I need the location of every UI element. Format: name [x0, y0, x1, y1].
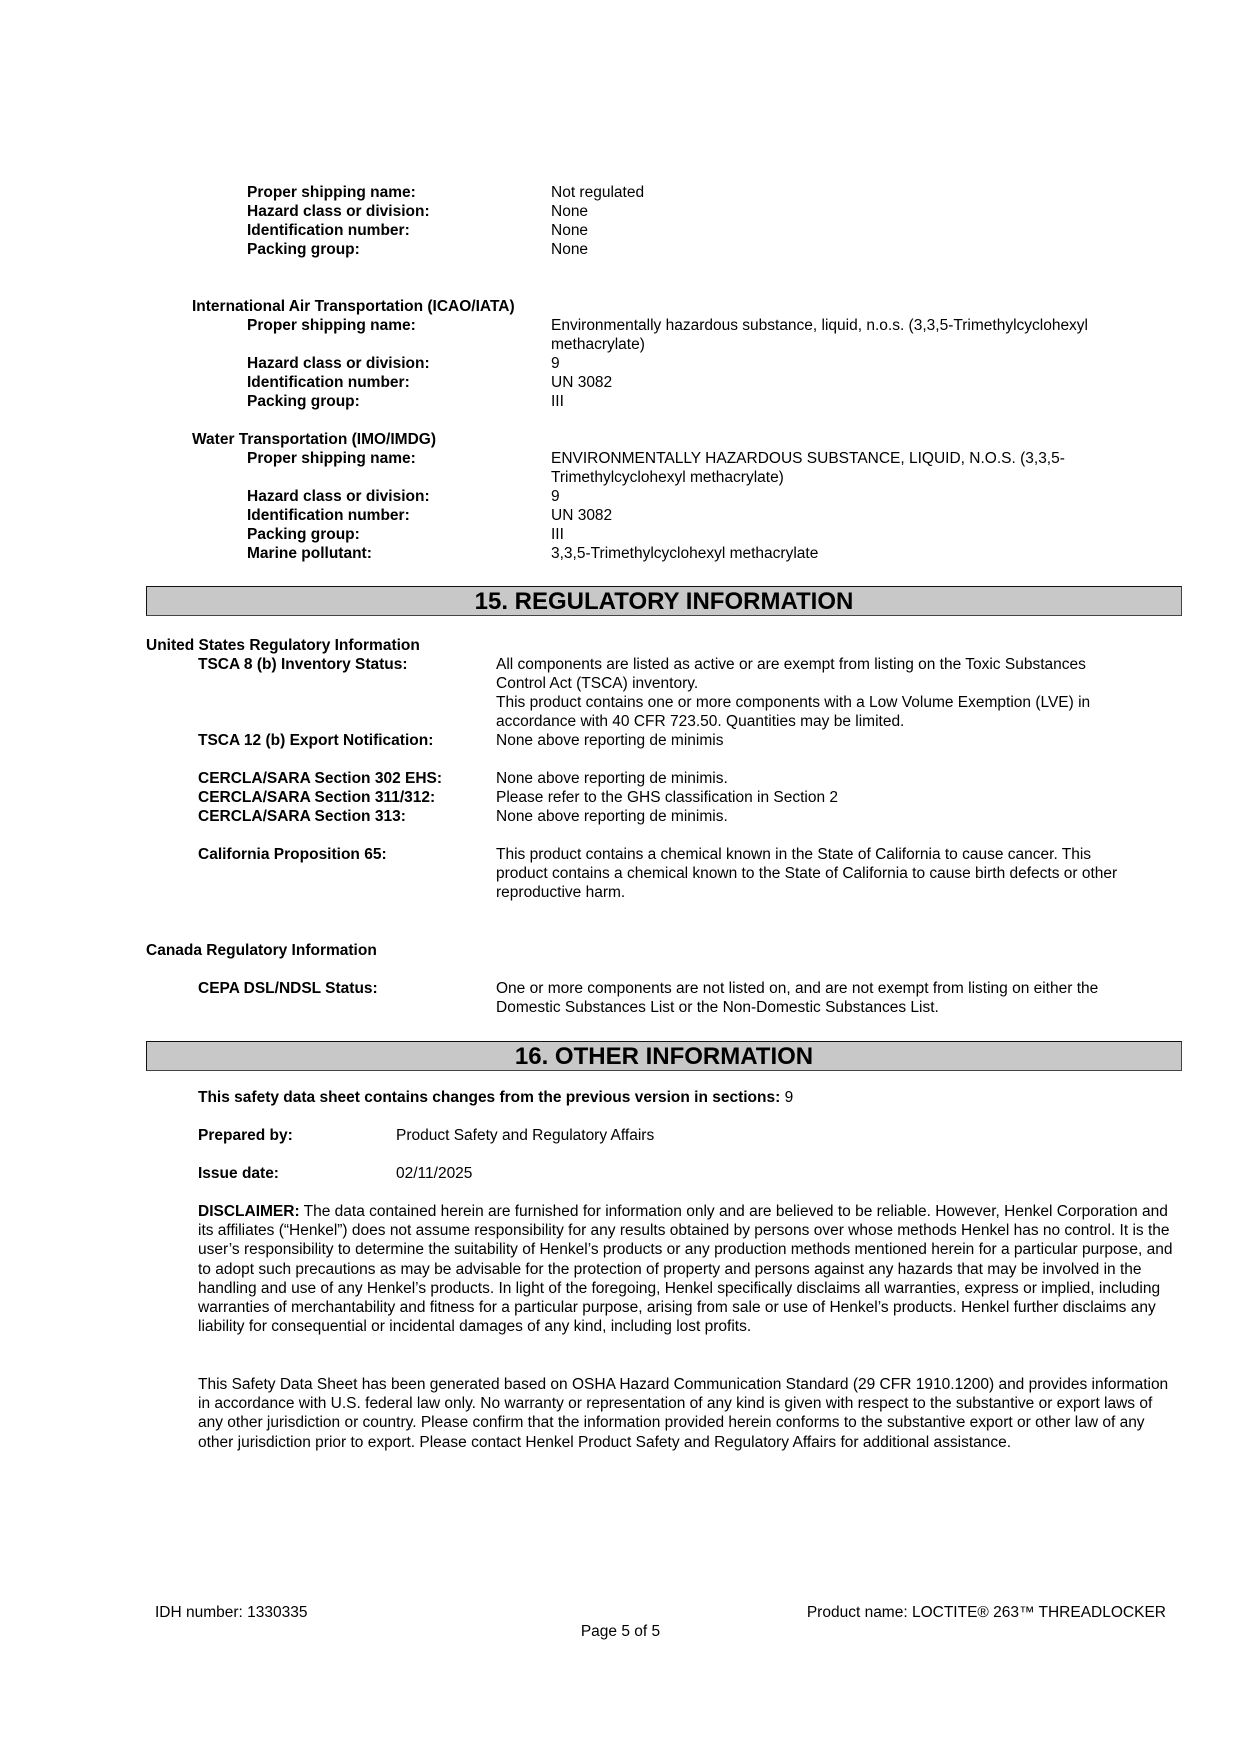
field-value: 9: [551, 487, 560, 506]
field-value: One or more components are not listed on…: [496, 979, 1098, 998]
field-value: Control Act (TSCA) inventory.: [496, 674, 698, 693]
issue-date-label: Issue date:: [198, 1164, 279, 1183]
field-value: None above reporting de minimis.: [496, 807, 728, 826]
disclaimer-paragraph: DISCLAIMER: The data contained herein ar…: [198, 1202, 1173, 1336]
section-subheading: Canada Regulatory Information: [146, 941, 377, 960]
field-label: CERCLA/SARA Section 302 EHS:: [198, 769, 442, 788]
section-subheading: Water Transportation (IMO/IMDG): [192, 430, 436, 449]
section-subheading: International Air Transportation (ICAO/I…: [192, 297, 515, 316]
page-number: Page 5 of 5: [0, 1622, 1241, 1641]
field-value: None above reporting de minimis: [496, 731, 723, 750]
field-value: Please refer to the GHS classification i…: [496, 788, 838, 807]
idh-number: IDH number: 1330335: [155, 1603, 308, 1622]
field-value: 9: [551, 354, 560, 373]
field-label: Hazard class or division:: [247, 487, 430, 506]
field-value: ENVIRONMENTALLY HAZARDOUS SUBSTANCE, LIQ…: [551, 449, 1065, 468]
field-value: Environmentally hazardous substance, liq…: [551, 316, 1088, 335]
field-label: TSCA 8 (b) Inventory Status:: [198, 655, 408, 674]
field-value: methacrylate): [551, 335, 645, 354]
prepared-by-label: Prepared by:: [198, 1126, 293, 1145]
field-label: Hazard class or division:: [247, 202, 430, 221]
field-value: UN 3082: [551, 373, 612, 392]
field-label: CERCLA/SARA Section 311/312:: [198, 788, 435, 807]
field-value: product contains a chemical known to the…: [496, 864, 1117, 883]
changes-value: 9: [780, 1089, 793, 1106]
field-label: TSCA 12 (b) Export Notification:: [198, 731, 433, 750]
field-label: Identification number:: [247, 221, 410, 240]
field-value: None: [551, 221, 588, 240]
field-value: None: [551, 202, 588, 221]
field-value: Domestic Substances List or the Non-Dome…: [496, 998, 939, 1017]
field-value: 3,3,5-Trimethylcyclohexyl methacrylate: [551, 544, 818, 563]
field-label: Identification number:: [247, 373, 410, 392]
field-value: reproductive harm.: [496, 883, 625, 902]
prepared-by-value: Product Safety and Regulatory Affairs: [396, 1126, 654, 1145]
field-value: III: [551, 525, 564, 544]
section-16-header: 16. OTHER INFORMATION: [146, 1041, 1182, 1071]
field-label: Packing group:: [247, 240, 360, 259]
changes-label: This safety data sheet contains changes …: [198, 1089, 780, 1106]
field-label: Packing group:: [247, 392, 360, 411]
field-label: Proper shipping name:: [247, 316, 416, 335]
field-label: CERCLA/SARA Section 313:: [198, 807, 406, 826]
field-value: accordance with 40 CFR 723.50. Quantitie…: [496, 712, 904, 731]
field-value: Not regulated: [551, 183, 644, 202]
field-label: CEPA DSL/NDSL Status:: [198, 979, 378, 998]
field-value: All components are listed as active or a…: [496, 655, 1086, 674]
field-label: Identification number:: [247, 506, 410, 525]
field-label: Marine pollutant:: [247, 544, 372, 563]
issue-date-value: 02/11/2025: [396, 1164, 472, 1183]
field-label: Proper shipping name:: [247, 183, 416, 202]
disclaimer-text: The data contained herein are furnished …: [198, 1203, 1172, 1335]
section-subheading: United States Regulatory Information: [146, 636, 420, 655]
field-value: None: [551, 240, 588, 259]
changes-line: This safety data sheet contains changes …: [198, 1088, 793, 1107]
field-label: Hazard class or division:: [247, 354, 430, 373]
field-label: Packing group:: [247, 525, 360, 544]
section-15-header: 15. REGULATORY INFORMATION: [146, 586, 1182, 616]
field-value: This product contains a chemical known i…: [496, 845, 1091, 864]
disclaimer-label: DISCLAIMER:: [198, 1203, 300, 1220]
field-label: Proper shipping name:: [247, 449, 416, 468]
field-value: Trimethylcyclohexyl methacrylate): [551, 468, 784, 487]
field-label: California Proposition 65:: [198, 845, 387, 864]
product-name: Product name: LOCTITE® 263™ THREADLOCKER: [807, 1603, 1166, 1622]
osha-paragraph: This Safety Data Sheet has been generate…: [198, 1375, 1173, 1452]
field-value: III: [551, 392, 564, 411]
field-value: None above reporting de minimis.: [496, 769, 728, 788]
field-value: UN 3082: [551, 506, 612, 525]
field-value: This product contains one or more compon…: [496, 693, 1090, 712]
